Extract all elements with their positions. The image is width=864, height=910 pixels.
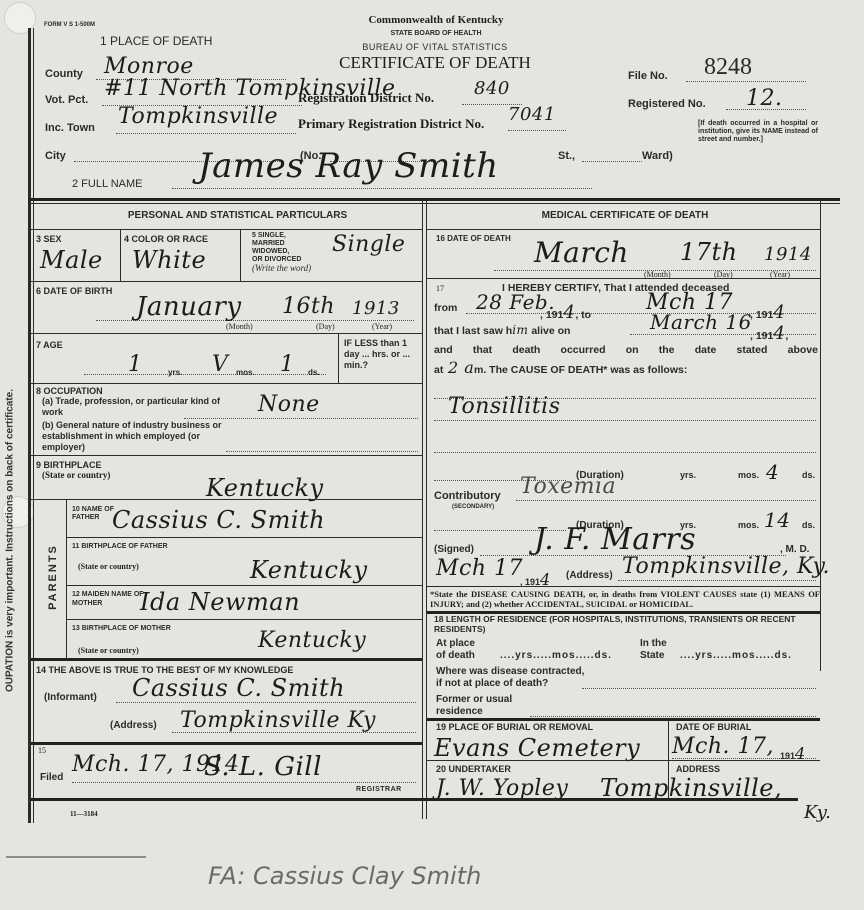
ward-label: Ward) <box>642 150 673 162</box>
filed-label: Filed <box>40 772 63 783</box>
at-label: at <box>434 364 443 376</box>
mother-birthplace-sub: (State or country) <box>78 646 139 655</box>
marital-label: 5 SINGLE, MARRIED WIDOWED, OR DIVORCED (… <box>252 232 311 272</box>
form-bottom-rule-right <box>423 798 798 801</box>
certify-number: 17 <box>436 284 444 293</box>
file-no-label: File No. <box>628 70 668 82</box>
undertaker-address-state: Ky. <box>804 802 831 823</box>
form-left-border <box>28 28 31 823</box>
age-divider <box>338 333 339 383</box>
cause-line-3 <box>434 452 816 453</box>
birthplace-value: Kentucky <box>206 474 324 502</box>
dod-label: 16 DATE OF DEATH <box>436 234 511 243</box>
hospital-note: [If death occurred in a hospital or inst… <box>698 120 818 144</box>
county-label: County <box>45 68 83 80</box>
full-name-line <box>172 188 592 189</box>
time-value: 2 a <box>448 358 474 377</box>
dod-month: March <box>534 236 629 269</box>
dod-year: 1914 <box>764 244 812 265</box>
former-residence-label: Former or usual residence <box>436 694 536 718</box>
row-rule-informant <box>31 658 422 661</box>
dob-year-caption: (Year) <box>372 322 392 331</box>
to-year: , 1914 <box>750 302 785 323</box>
dod-day: 17th <box>680 238 738 266</box>
primary-district-line <box>508 130 566 131</box>
race-label: 4 COLOR OR RACE <box>124 234 208 244</box>
row-rule-occupation <box>31 383 422 384</box>
former-residence-line <box>530 716 816 717</box>
marital-value: Single <box>332 232 405 257</box>
age-mos: V <box>212 352 228 377</box>
occupation-label: 8 OCCUPATION <box>36 386 103 396</box>
sex-label: 3 SEX <box>36 234 62 244</box>
contracted-line <box>582 688 816 689</box>
punch-hole-top <box>4 2 36 34</box>
personal-section-title: PERSONAL AND STATISTICAL PARTICULARS <box>60 210 415 221</box>
last-saw-pronoun: im <box>512 323 528 337</box>
sex-race-divider <box>120 229 121 282</box>
row-rule-age <box>31 333 422 334</box>
registrar-signature: S. L. Gill <box>204 752 322 782</box>
form-code: 11—3184 <box>70 810 98 818</box>
at-place-yrs: yrs. <box>515 650 537 661</box>
last-saw-year-digit: 4 <box>773 323 785 344</box>
mother-birthplace-label: 13 BIRTHPLACE OF MOTHER <box>72 624 172 633</box>
occupation-b-label: (b) General nature of industry business … <box>42 420 232 453</box>
mother-name-value: Ida Newman <box>140 588 300 616</box>
cause-line-2 <box>434 420 816 421</box>
registered-no-label: Registered No. <box>628 98 706 110</box>
father-birthplace-label: 11 BIRTHPLACE OF FATHER <box>72 542 172 551</box>
personal-header-rule <box>31 229 422 230</box>
filed-number: 15 <box>38 746 46 755</box>
father-birthplace-sub: (State or country) <box>78 562 139 571</box>
burial-date-label: DATE OF BURIAL <box>676 722 751 732</box>
father-name-value: Cassius C. Smith <box>112 506 325 534</box>
primary-district-value: 7041 <box>508 104 556 125</box>
physician-address-value: Tompkinsville, Ky. <box>622 554 830 579</box>
registration-district-label: Registration District No. <box>298 90 434 106</box>
row-rule-mother <box>67 585 422 586</box>
medical-section-title: MEDICAL CERTIFICATE OF DEATH <box>430 210 820 221</box>
row-rule-filed <box>31 742 422 745</box>
main-top-rule-2 <box>28 203 840 204</box>
occupation-a-line <box>184 418 418 419</box>
registrar-label: REGISTRAR <box>356 786 402 793</box>
contributory-line <box>516 500 816 501</box>
row-rule-father-birthplace <box>67 537 422 538</box>
main-top-rule <box>28 198 840 201</box>
street-label: St., <box>558 150 575 162</box>
physician-signature: J. F. Marrs <box>534 522 696 557</box>
father-birthplace-value: Kentucky <box>250 556 368 584</box>
parents-divider <box>66 499 67 659</box>
last-saw-date: March 16 <box>650 310 752 334</box>
scan-edge-line <box>6 856 146 858</box>
contributory-duration-ds: ds. <box>802 520 815 530</box>
marital-label-line-5: (Write the word) <box>252 264 311 272</box>
burial-place-label: 19 PLACE OF BURIAL OR REMOVAL <box>436 722 593 732</box>
margin-instruction-text: OUPATION is very important. Instructions… <box>5 291 16 791</box>
in-state-units: ....yrs.....mos.....ds. <box>680 650 792 661</box>
place-of-death-label: 1 PLACE OF DEATH <box>100 34 212 48</box>
contributory-label: Contributory <box>434 490 501 502</box>
if-less-label: IF LESS than 1 day ... hrs. or ... min.? <box>344 338 422 371</box>
last-saw-label: that I last saw him alive on <box>434 323 570 337</box>
contributory-duration-mos-label: mos. <box>738 520 759 530</box>
pencil-annotation: FA: Cassius Clay Smith <box>208 862 481 890</box>
row-rule-dob <box>31 281 422 282</box>
cause-duration-mos-label: mos. <box>738 470 759 480</box>
row-rule-birthplace <box>31 455 422 456</box>
informant-label: (Informant) <box>44 692 97 703</box>
sex-value: Male <box>40 246 103 274</box>
right-border <box>820 201 821 671</box>
dob-year: 1913 <box>352 298 400 319</box>
birthplace-label: 9 BIRTHPLACE <box>36 460 102 470</box>
in-state-label: In the State <box>640 638 680 662</box>
age-ds-label: ds. <box>308 368 320 377</box>
from-year: , 1914, to <box>540 302 591 323</box>
file-no-value: 8248 <box>704 54 752 81</box>
center-divider-2 <box>426 201 427 819</box>
mother-birthplace-value: Kentucky <box>258 628 366 653</box>
row-rule-mother-birthplace <box>67 619 422 620</box>
dob-day-caption: (Day) <box>316 322 335 331</box>
medical-header-rule <box>427 229 820 230</box>
contracted-label: Where was disease contracted, if not at … <box>436 666 586 690</box>
age-mos-label: mos. <box>236 368 255 377</box>
informant-value: Cassius C. Smith <box>132 674 345 702</box>
cause-footnote: *State the DISEASE CAUSING DEATH, or, in… <box>430 589 820 609</box>
bureau-title: BUREAU OF VITAL STATISTICS <box>320 42 550 52</box>
ward-line <box>582 161 642 162</box>
contributory-value: Toxemia <box>520 474 616 499</box>
cause-duration-yrs: yrs. <box>680 470 696 480</box>
physician-address-label: (Address) <box>566 570 613 581</box>
parents-side-label: PARENTS <box>47 532 59 622</box>
informant-address-value: Tompkinsville Ky <box>180 708 376 733</box>
inc-town-line <box>116 133 296 134</box>
center-divider <box>422 201 423 819</box>
at-place-ds: ds. <box>595 650 612 661</box>
cause-duration-ds: ds. <box>802 470 815 480</box>
primary-district-label: Primary Registration District No. <box>298 116 484 132</box>
file-no-line <box>686 81 806 82</box>
contributory-duration-mos: 14 <box>764 508 790 532</box>
cause-duration-mos: 4 <box>766 460 779 484</box>
from-year-digit: 4 <box>563 302 575 323</box>
dob-month-caption: (Month) <box>226 322 253 331</box>
at-place-label: At place of death <box>436 638 486 662</box>
filed-line <box>72 782 416 783</box>
cause-label: m. The CAUSE OF DEATH* was as follows: <box>474 364 687 376</box>
marital-label-line-3: WIDOWED, <box>252 248 311 256</box>
row-rule-certify <box>427 278 820 279</box>
full-name-value: James Ray Smith <box>198 146 499 186</box>
at-place-mos: mos. <box>552 650 579 661</box>
dob-month: January <box>136 292 242 322</box>
dob-day: 16th <box>282 294 335 319</box>
form-number: FORM V S 1-500M <box>44 22 95 28</box>
in-state-mos: mos. <box>732 650 759 661</box>
row-rule-parents <box>31 499 422 500</box>
death-occurred-text: and that death occurred on the date stat… <box>434 344 818 356</box>
age-yrs: 1 <box>128 352 143 377</box>
informant-address-label: (Address) <box>110 720 157 731</box>
to-year-digit: 4 <box>773 302 785 323</box>
occupation-a-label: (a) Trade, profession, or particular kin… <box>42 396 222 418</box>
age-yrs-label: yrs. <box>168 368 182 377</box>
race-marital-divider <box>240 229 241 282</box>
undertaker-label: 20 UNDERTAKER <box>436 764 511 774</box>
physician-address-line <box>618 580 816 581</box>
secondary-label: (SECONDARY) <box>452 504 494 510</box>
vot-pct-label: Vot. Pct. <box>45 94 88 106</box>
dob-label: 6 DATE OF BIRTH <box>36 286 112 296</box>
in-state-yrs: yrs. <box>695 650 717 661</box>
inc-town-label: Inc. Town <box>45 122 95 134</box>
signed-date: Mch 17 <box>436 556 523 581</box>
marital-label-line-1: 5 SINGLE, <box>252 232 311 240</box>
registered-no-value: 12. <box>746 86 783 111</box>
age-label: 7 AGE <box>36 340 63 350</box>
alive-on-text: alive on <box>531 325 570 337</box>
occupation-value: None <box>258 392 320 417</box>
registration-district-value: 840 <box>474 78 510 99</box>
burial-place-value: Evans Cemetery <box>434 734 640 762</box>
marital-label-line-2: MARRIED <box>252 240 311 248</box>
certificate-title: CERTIFICATE OF DEATH <box>310 53 560 73</box>
commonwealth-title: Commonwealth of Kentucky <box>336 14 536 26</box>
signed-label: (Signed) <box>434 544 474 555</box>
full-name-label: 2 FULL NAME <box>72 178 143 190</box>
city-label: City <box>45 150 66 162</box>
row-rule-footnote <box>427 586 820 587</box>
cause-value: Tonsillitis <box>448 394 560 419</box>
last-saw-year: , 1914, <box>750 323 788 344</box>
form-left-border-inner <box>33 28 34 823</box>
informant-line <box>116 702 416 703</box>
in-state-ds: ds. <box>775 650 792 661</box>
age-ds: 1 <box>280 352 295 377</box>
form-bottom-rule <box>31 798 423 801</box>
board-title: STATE BOARD OF HEALTH <box>336 30 536 37</box>
last-saw-text: that I last saw h <box>434 325 512 337</box>
occupation-b-line <box>226 451 418 452</box>
row-rule-burial <box>427 718 820 721</box>
undertaker-address-label: ADDRESS <box>676 764 720 774</box>
inc-town-value: Tompkinsville <box>118 104 278 129</box>
race-value: White <box>132 246 206 274</box>
to-label: to <box>581 309 591 321</box>
row-rule-undertaker <box>427 760 820 761</box>
burial-date-value: Mch. 17, <box>672 734 774 759</box>
from-label: from <box>434 302 457 314</box>
birthplace-sub: (State or country) <box>42 470 110 480</box>
residence-label: 18 LENGTH OF RESIDENCE (FOR HOSPITALS, I… <box>434 614 818 634</box>
at-place-units: ....yrs.....mos.....ds. <box>500 650 612 661</box>
